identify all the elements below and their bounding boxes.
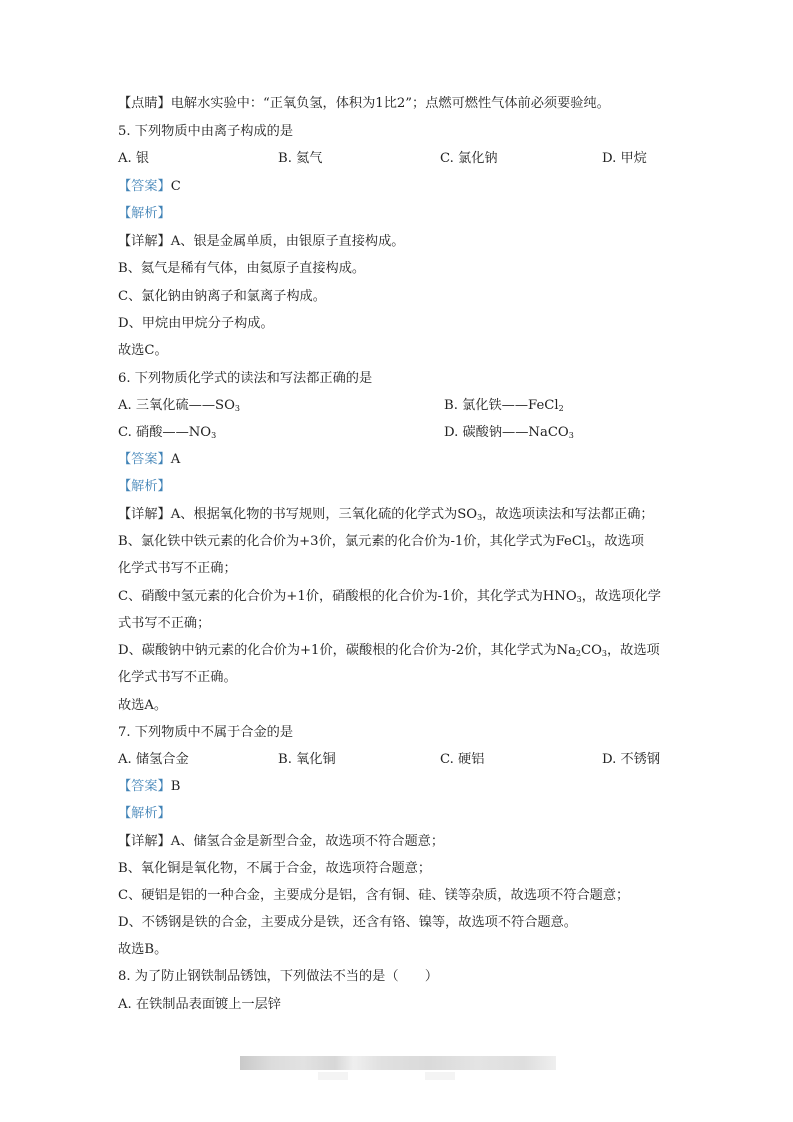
q7-option-a: A. 储氢合金 [118,752,189,768]
question-5-stem: 5. 下列物质中由离子构成的是 [118,124,293,140]
q5-option-d: D. 甲烷 [602,151,647,167]
q7-detail-c: C、硬铝是铝的一种合金，主要成分是铝，含有铜、硅、镁等杂质，故选项不符合题意； [118,888,629,904]
answer-value: B [171,779,181,794]
answer-label: 【答案】 [118,779,171,794]
q6-option-d: D. 碳酸钠——NaCO3 [444,425,574,441]
q6-detail-d-cont: 化学式书写不正确。 [118,670,237,686]
q5-detail-c: C、氯化钠由钠离子和氯离子构成。 [118,289,326,305]
tip-line: 【点睛】电解水实验中：“正氧负氢，体积为1比2”；点燃可燃性气体前必须要验纯。 [118,96,610,112]
question-6-stem: 6. 下列物质化学式的读法和写法都正确的是 [118,371,372,387]
footer-watermark-mark [425,1072,455,1080]
answer-label: 【答案】 [118,452,171,467]
q7-option-c: C. 硬铝 [440,752,484,768]
q5-analysis-label: 【解析】 [118,206,171,222]
footer-watermark [240,1056,556,1070]
q7-analysis-label: 【解析】 [118,806,171,822]
q5-detail-b: B、氦气是稀有气体，由氦原子直接构成。 [118,261,365,277]
q7-detail-b: B、氧化铜是氧化物，不属于合金，故选项符合题意； [118,861,431,877]
answer-label: 【答案】 [118,179,171,194]
q7-answer: 【答案】B [118,779,180,795]
q6-detail-c: C、硝酸中氢元素的化合价为+1价，硝酸根的化合价为-1价，其化学式为HNO3，故… [118,589,661,605]
q6-detail-b: B、氯化铁中铁元素的化合价为+3价，氯元素的化合价为-1价，其化学式为FeCl3… [118,534,644,550]
q6-detail-c-cont: 式书写不正确； [118,616,210,632]
q5-option-a: A. 银 [118,151,149,167]
question-8-stem: 8. 为了防止钢铁制品锈蚀，下列做法不当的是（ ） [118,969,438,985]
q5-detail-a: 【详解】A、银是金属单质，由银原子直接构成。 [118,234,404,250]
q5-answer: 【答案】C [118,179,181,195]
answer-value: C [171,179,181,194]
q5-detail-d: D、甲烷由甲烷分子构成。 [118,316,274,332]
q6-option-b: B. 氯化铁——FeCl2 [444,398,564,414]
answer-value: A [171,452,181,467]
q6-detail-b-cont: 化学式书写不正确； [118,561,237,577]
footer-watermark-mark [318,1072,348,1080]
tip-text: 电解水实验中：“正氧负氢，体积为1比2”；点燃可燃性气体前必须要验纯。 [171,96,610,111]
q6-detail-d: D、碳酸钠中钠元素的化合价为+1价，碳酸根的化合价为-2价，其化学式为Na2CO… [118,643,660,659]
q7-conclusion: 故选B。 [118,942,167,958]
tip-label: 【点睛】 [118,96,171,111]
q5-option-b: B. 氦气 [278,151,322,167]
q6-conclusion: 故选A。 [118,698,167,714]
q5-option-c: C. 氯化钠 [440,151,498,167]
q6-option-c: C. 硝酸——NO3 [118,425,216,441]
q8-option-a: A. 在铁制品表面镀上一层锌 [118,997,281,1013]
q7-option-d: D. 不锈钢 [602,752,660,768]
q6-detail-a: 【详解】A、根据氧化物的书写规则，三氧化硫的化学式为SO3，故选项读法和写法都正… [118,507,654,523]
question-7-stem: 7. 下列物质中不属于合金的是 [118,725,293,741]
q6-analysis-label: 【解析】 [118,479,171,495]
q7-detail-d: D、不锈钢是铁的合金，主要成分是铁，还含有铬、镍等，故选项不符合题意。 [118,915,577,931]
q7-detail-a: 【详解】A、储氢合金是新型合金，故选项不符合题意； [118,834,444,850]
q6-answer: 【答案】A [118,452,180,468]
q5-conclusion: 故选C。 [118,343,168,359]
q6-option-a: A. 三氧化硫——SO3 [118,398,240,414]
q7-option-b: B. 氧化铜 [278,752,336,768]
